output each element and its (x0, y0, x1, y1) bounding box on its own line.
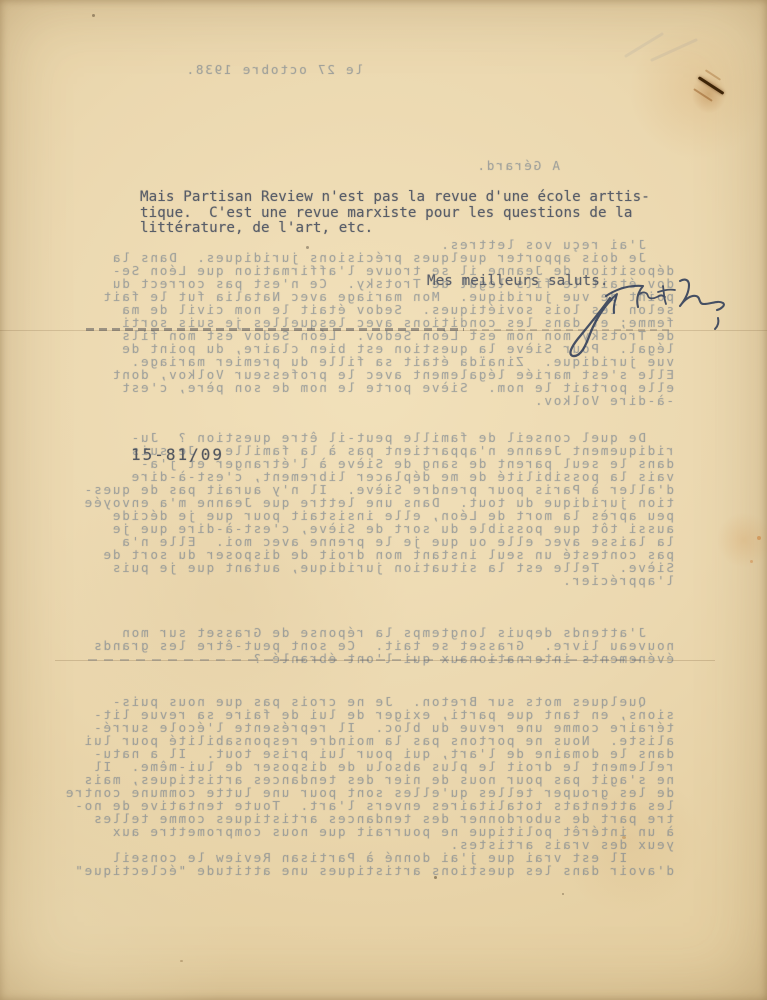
fold-crease-upper-dark-dashes (86, 328, 464, 331)
bleed-date-line: le 27 octobre 1938. (185, 62, 363, 77)
bleed-salutation: A Gérard. (476, 158, 560, 173)
letter-body-text: Mais Partisan Review n'est pas la revue … (140, 190, 650, 237)
bleed-paragraph: Quelques mots sur Breton. Je ne crois pa… (88, 695, 674, 877)
pencil-notation-mark (618, 22, 708, 68)
paper-speck (562, 893, 564, 895)
paper-speck (750, 560, 753, 563)
rust-streak-faint (705, 69, 721, 80)
signature-ink (550, 268, 730, 358)
rust-paperclip-stain (686, 68, 732, 120)
paper-speck (434, 876, 437, 879)
paper-speck (622, 836, 626, 839)
verso-bleedthrough-layer: le 27 octobre 1938. A Gérard. J'ai reçu … (88, 56, 674, 906)
fold-crease-lower-dashes (88, 659, 648, 661)
paper-speck (180, 960, 183, 962)
paper-speck (757, 536, 761, 540)
paper-speck (92, 14, 95, 17)
archive-number: 15-81/09 (131, 445, 224, 464)
rust-streak-faint (693, 88, 713, 102)
scanned-letter-page: le 27 octobre 1938. A Gérard. J'ai reçu … (0, 0, 767, 1000)
paper-speck (306, 246, 309, 249)
